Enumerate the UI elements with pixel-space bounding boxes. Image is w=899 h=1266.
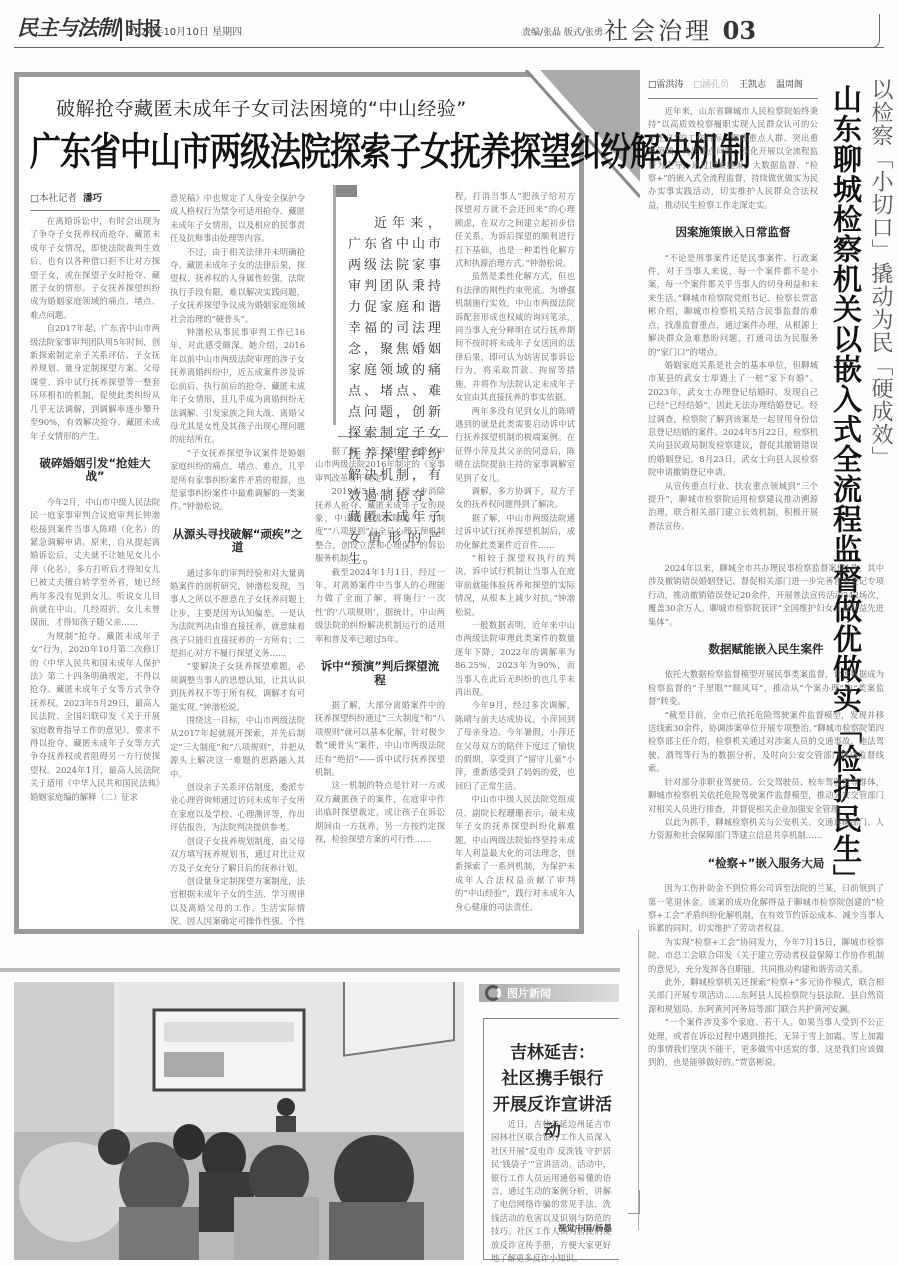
issue-date: 2024年10月10日 星期四: [128, 23, 242, 38]
paragraph: 意见稿》中也规定了人身安全保护令成人格权行为禁令可适用抢夺、藏匿未成年子女情形，…: [170, 192, 305, 246]
section-heading: 因案施策嵌入日常监督: [648, 226, 818, 239]
paragraph: 两年多没有见到女儿的陈晴遇到的就是此类需要启动诉中试行抚养探望机制的极端案例。在…: [455, 405, 575, 485]
paragraph: 在离婚诉讼中，有时会出现为了争夺子女抚养权而抢夺、藏匿未成年子女情况，即使法院裁…: [30, 215, 160, 322]
paragraph: 据了解，中山市两级法院通过诉中试行抚养探望机制后，成功化解此类案件近百件……: [455, 512, 575, 552]
article-headline: 广东省中山市两级法院探索子女抚养探望纠纷解决机制: [30, 120, 750, 176]
camera-aperture-icon: [485, 985, 501, 1001]
column-rule: [638, 930, 639, 1230]
paragraph: 据了解，“三大制度”已经在中山市两级法院2016年制定的《家事审判改革若干规定》…: [315, 445, 445, 485]
paragraph: 2024年以来，聊城全市共办理民事检察监督案件1件，其中涉及撤销错误婚姻登记、督…: [648, 562, 884, 629]
paragraph: “不论是刑事案件还是民事案件、行政案件，对于当事人来说，每一个案件都不是小案，每…: [648, 252, 818, 359]
paragraph: 不过，由于相关法律并未明确抢夺、藏匿未成年子女的法律后果，探望权、抚养权的人身属…: [170, 246, 305, 326]
masthead-hook-decoration: [872, 14, 880, 48]
right-article-subtitle: 以检察「小切口」撬动为民「硬成效」: [862, 78, 892, 469]
paragraph: 为规制“抢夺、藏匿未成年子女”行为，2020年10月第二次修订的《中华人民共和国…: [30, 630, 160, 804]
paragraph: 针对部分非职业驾驶员、公交驾驶员、校车驾驶员等群体，聊城市检察机关依托危险驾驶案…: [648, 776, 884, 816]
paragraph: 围绕这一目标，中山市两级法院从2017年起就展开探索，并先后制定“三大制度”和“…: [170, 714, 305, 781]
byline-author: □雷洪涛: [648, 80, 684, 90]
byline-author: □涵孔员: [694, 80, 730, 90]
section-title: 社会治理 03: [604, 11, 756, 46]
right-article-column-upper: 近年来，山东省聊城市人民检察院始终秉持“以高质效检察履职实现人民群众认可的公平正…: [648, 105, 818, 565]
article-column-4: 程，打消当事人“把孩子给对方探望对方就不会还回来”的心理顾虑，在双方之间建立起初…: [455, 190, 575, 925]
right-article-byline: □雷洪涛□涵孔员王凯志温周阁: [648, 77, 818, 99]
section-heading: “检察+”嵌入服务大局: [648, 857, 884, 870]
paragraph: 通过多年的审判经验和对大量离婚案件的剖析研究，钟渤松发现，当事人之所以不愿意在子…: [170, 567, 305, 661]
paragraph: 此外，聊城检察机关还探索“检察+”多元协作模式，联合相关部门开展专项活动……东阿…: [648, 976, 884, 1016]
paragraph: 今年9月，经过多次调解，陈晴与前夫达成协议，小萍回到了母亲身边。今年暑假，小萍还…: [455, 699, 575, 793]
paragraph: “子女抚养探望争议案件是婚姻家庭纠纷的痛点、堵点、难点，几乎是所有家事纠纷案件矛…: [170, 447, 305, 514]
photo-news-label: 图片新闻: [507, 985, 551, 1001]
article-subtitle: 破解抢夺藏匿未成年子女司法困境的“中山经验”: [56, 94, 467, 121]
paragraph: 据了解，大部分离婚案件中的抚养探望纠纷通过“三大制度”和“八项规则”就可以基本化…: [315, 699, 445, 779]
pull-quote-rule: [338, 436, 448, 437]
byline-author: 王凯志: [739, 80, 766, 90]
paragraph: 自2017年起，广东省中山市两级法院家事审判团队用5年时间，创新探索制定亲子关系…: [30, 322, 160, 443]
byline-author: 温周阁: [776, 80, 803, 90]
paragraph: “截至目前，全市已依托危险驾驶案件监督模型，发现并移送线索30余件，协调涉案单位…: [648, 709, 884, 776]
editor-credits: 责编/张晶 版式/张勇: [522, 25, 603, 38]
pull-quote: 近年来，广东省中山市两级法院家事审判团队秉持力促家庭和谐幸福的司法理念，聚焦婚姻…: [333, 185, 443, 425]
article-column-3: 据了解，“三大制度”已经在中山市两级法院2016年制定的《家事审判改革若干规定》…: [315, 445, 445, 925]
paragraph: 钟渤松从事民事审判工作已16年，对此感受颇深。她介绍，2016年以前中山市两级法…: [170, 326, 305, 447]
page-number: 03: [723, 16, 756, 45]
title-line: 吉林延吉：: [490, 1040, 615, 1066]
section-divider: [0, 968, 620, 972]
section-heading: 数据赋能嵌入民生案件: [648, 643, 884, 656]
paragraph: 依托大数据检察监督模型开展民事类案监督，让大数据成为检察监督的“千里眼”“顺风耳…: [648, 668, 884, 708]
paragraph: 以此为抓手，聊城检察机关与公安机关、交通运输部门、人力资源和社会保障部门等建立信…: [648, 816, 884, 843]
photo-news-label-bar: 图片新闻: [479, 984, 619, 1002]
paragraph: “相较于探望权执行的判决，诉中试行机制让当事人在庭审前就能体验抚养和探望的实际情…: [455, 552, 575, 619]
frame-hook-decoration: [628, 1190, 640, 1214]
paragraph: 创设量身定制探望方案制度，法官根据未成年子女的生活、学习规律以及离婚父母的工作、…: [170, 875, 305, 925]
section-heading: 诉中“预演”判后探望流程: [315, 660, 445, 687]
paragraph: 截至2024年1月1日，经过一年，对离婚案件中当事人的心理能力做了全面了解，将施…: [315, 566, 445, 646]
paragraph: 因为工伤补助金不到位将公司诉至法院的兰某，日前领到了第一笔退休金。该案的成功化解…: [648, 882, 884, 936]
photo-news-body: 近日，吉林省延边州延吉市园林社区联合银行工作人员深入社区开展“反电诈 反洗钱 守…: [491, 1118, 611, 1265]
article-column-2: 意见稿》中也规定了人身安全保护令成人格权行为禁令可适用抢夺、藏匿未成年子女情形，…: [170, 192, 305, 925]
paragraph: 程，打消当事人“把孩子给对方探望对方就不会还回来”的心理顾虑，在双方之间建立起初…: [455, 190, 575, 270]
paragraph: 从宣传重点行业、扶农重点领域到“三个提升”，聊城市检察院运用检察建议推动溯源治理…: [648, 480, 818, 534]
paragraph: 这一机制的特点是针对一方或双方藏匿孩子的案件，在庭审中作出临时探望裁定，或让孩子…: [315, 779, 445, 846]
paragraph: 近年来，山东省聊城市人民检察院始终秉持“以高质效检察履职实现人民群众认可的公平正…: [648, 105, 818, 212]
right-article-column-lower: 2024年以来，聊城全市共办理民事检察监督案件1件，其中涉及撤销错误婚姻登记、督…: [648, 562, 884, 1177]
paragraph: 创设子女抚养规划制度，由父母双方填写抚养规划书，通过对比让双方及子女充分了解日后…: [170, 835, 305, 875]
paragraph: 调解，多方协调下，双方子女的抚养权问题得到了解决。: [455, 485, 575, 512]
title-line: 社区携手银行: [490, 1066, 615, 1092]
byline-author: 潘巧: [83, 193, 102, 204]
paragraph: 一般数据表明，近年来中山市两级法院审理此类案件的数量逐年下降，2022年的调解率…: [455, 619, 575, 699]
paragraph: 中山市中级人民法院党组成员、副院长程珊珊表示，破未成年子女的抚养探望纠纷化解难题…: [455, 793, 575, 914]
photo-credit: 视觉中国/杨墨: [540, 1222, 612, 1234]
classroom-photo-illustration: [14, 982, 464, 1260]
paragraph: 虽然是柔性化解方式，但也有法律的刚性约束兜底。为增强机制施行实效，中山市两级法院…: [455, 270, 575, 404]
section-heading: 破碎婚姻引发“抢娃大战”: [30, 457, 160, 484]
article-byline: □本社记者潘巧: [30, 190, 160, 211]
article-column-1: 在离婚诉讼中，有时会出现为了争夺子女抚养权而抢夺、藏匿未成年子女情况，即使法院裁…: [30, 215, 160, 925]
logo-separator: [120, 19, 122, 41]
paragraph: “要解决子女抚养探望难题，必须调整当事人的思想认知，让其认识到抚养权不等于所有权…: [170, 660, 305, 714]
logo-text: 民主与法制: [17, 15, 117, 40]
paragraph: 婚姻家庭关系是社会的基本单位，但聊城市某县的武女士却遇上了一桩“家下有婚”。20…: [648, 359, 818, 480]
section-name: 社会治理: [604, 17, 712, 45]
paragraph: “一个案件涉及多个家庭、若干人。如果当事人受到不公正处理，或者在诉讼过程中遇到推…: [648, 1016, 884, 1070]
paragraph: 今年2月，中山市中级人民法院民一庭家事审判合议庭审判长钟渤松接到案件当事人陈晴（…: [30, 496, 160, 630]
paragraph: 2019年5月，为了进一步消除抚养人抢夺、藏匿未成年子女的现象，中山市两级法院将…: [315, 485, 445, 565]
masthead: 民主与法制时报 2024年10月10日 星期四 责编/张晶 版式/张勇 社会治理…: [14, 8, 884, 48]
news-photo: [14, 982, 464, 1260]
byline-prefix: □本社记者: [30, 193, 77, 204]
section-heading: 从源头寻找破解“顽疾”之道: [170, 528, 305, 555]
paragraph: 创设亲子关系评估制度，委派专业心理咨询师通过访问未成年子女所在家庭以及学校、心理…: [170, 781, 305, 835]
paragraph: 为实现“检察+工会”协同发力，今年7月15日，聊城市检察院、市总工会联合印发《关…: [648, 936, 884, 976]
